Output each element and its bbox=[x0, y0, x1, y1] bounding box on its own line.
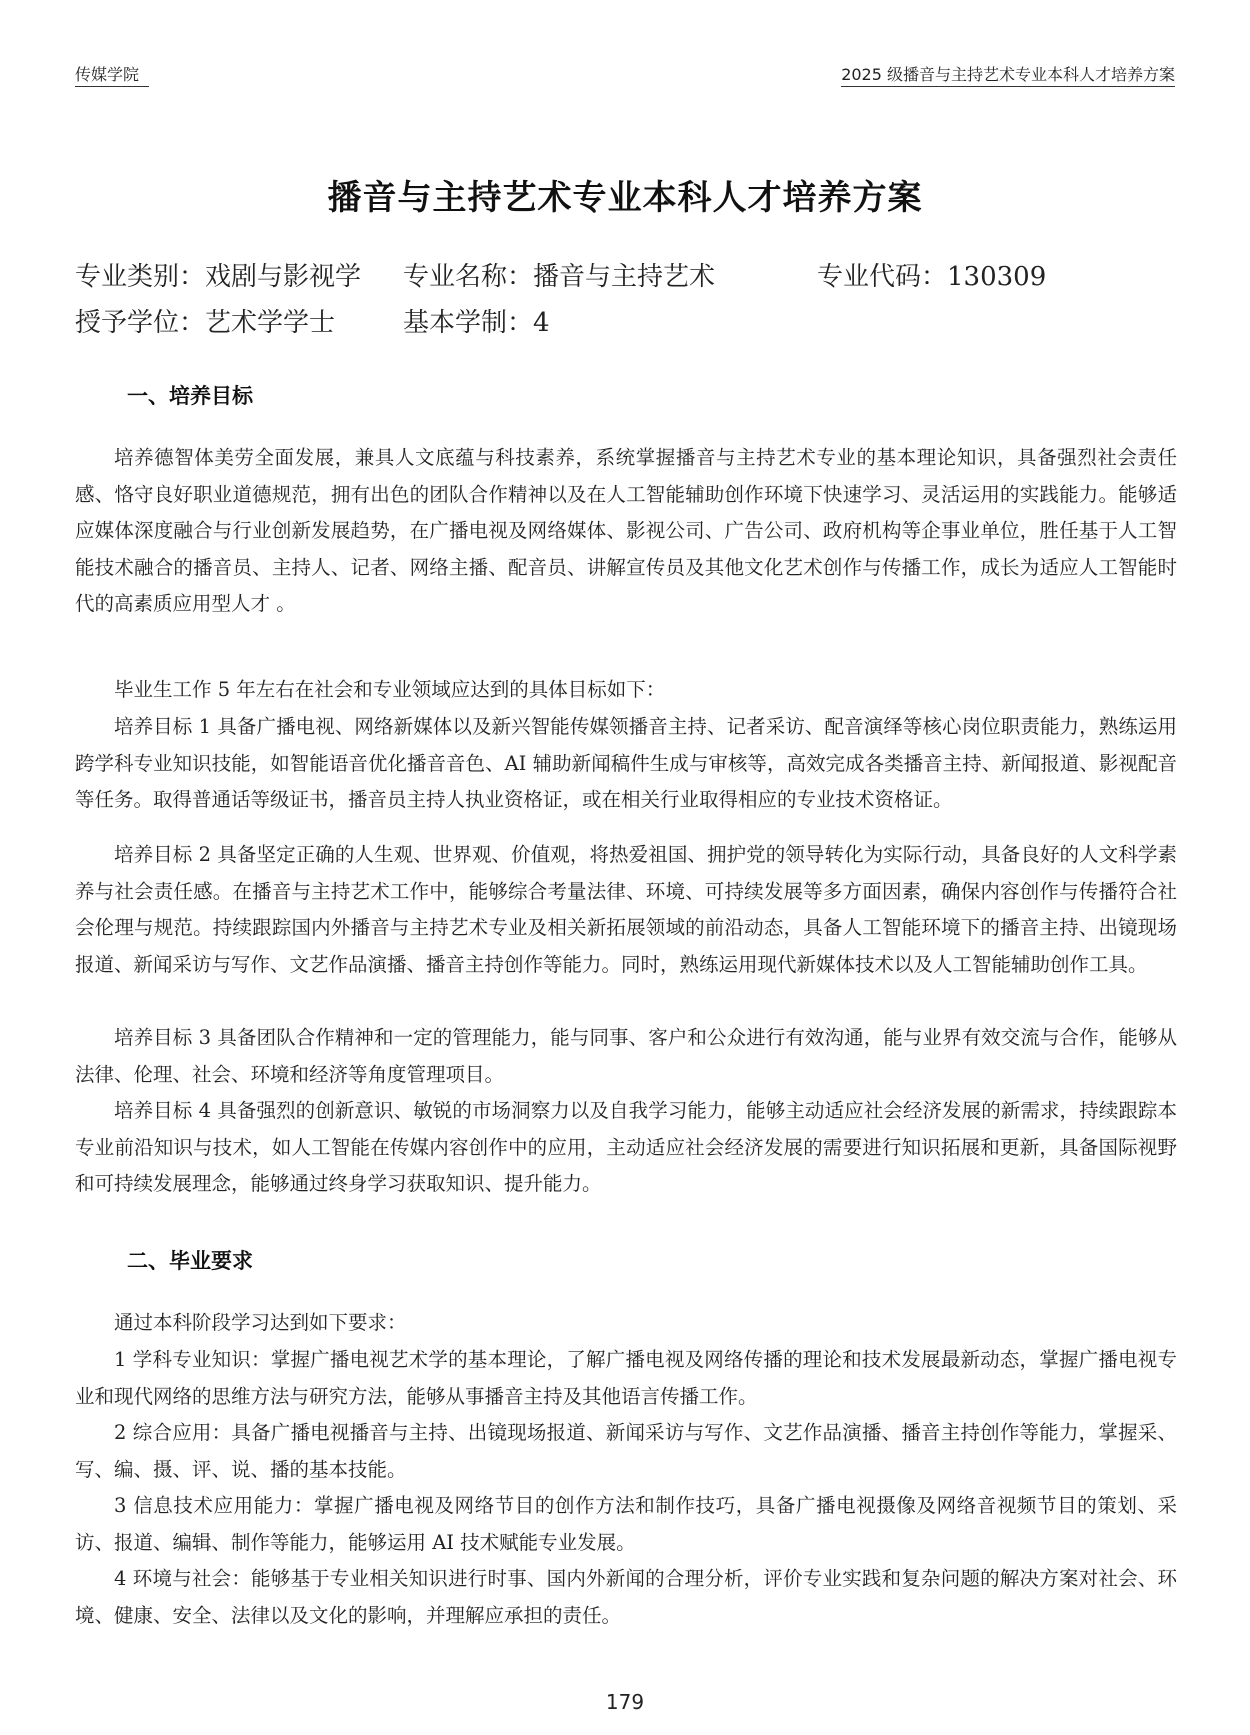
requirement-4-paragraph: 4 环境与社会：能够基于专业相关知识进行时事、国内外新闻的合理分析，评价专业实践… bbox=[75, 1561, 1177, 1634]
section-heading-objectives: 一、培养目标 bbox=[127, 380, 253, 410]
requirement-2-paragraph: 2 综合应用：具备广播电视播音与主持、出镜现场报道、新闻采访与写作、文艺作品演播… bbox=[75, 1415, 1177, 1488]
page-header: 传媒学院 2025 级播音与主持艺术专业本科人才培养方案 bbox=[75, 62, 1175, 90]
objective-4-paragraph: 培养目标 4 具备强烈的创新意识、敏锐的市场洞察力以及自我学习能力，能够主动适应… bbox=[75, 1093, 1177, 1203]
requirement-3-paragraph: 3 信息技术应用能力：掌握广播电视及网络节目的创作方法和制作技巧，具备广播电视摄… bbox=[75, 1488, 1177, 1561]
section-heading-requirements: 二、毕业要求 bbox=[127, 1245, 253, 1275]
major-code: 专业代码：130309 bbox=[817, 256, 1046, 293]
page-number: 179 bbox=[0, 1690, 1250, 1714]
header-document-title: 2025 级播音与主持艺术专业本科人才培养方案 bbox=[841, 62, 1175, 87]
objective-1-paragraph: 培养目标 1 具备广播电视、网络新媒体以及新兴智能传媒领播音主持、记者采访、配音… bbox=[75, 709, 1177, 819]
major-name: 专业名称：播音与主持艺术 bbox=[403, 256, 715, 293]
header-department: 传媒学院 bbox=[75, 62, 149, 87]
requirements-intro-paragraph: 通过本科阶段学习达到如下要求： bbox=[75, 1305, 1177, 1342]
objectives-intro-paragraph: 毕业生工作 5 年左右在社会和专业领域应达到的具体目标如下： bbox=[75, 672, 1177, 709]
objectives-overview-paragraph: 培养德智体美劳全面发展，兼具人文底蕴与科技素养，系统掌握播音与主持艺术专业的基本… bbox=[75, 440, 1177, 623]
study-duration: 基本学制：4 bbox=[403, 302, 550, 339]
major-category: 专业类别：戏剧与影视学 bbox=[75, 256, 361, 293]
requirement-1-paragraph: 1 学科专业知识：掌握广播电视艺术学的基本理论，了解广播电视及网络传播的理论和技… bbox=[75, 1342, 1177, 1415]
objective-2-paragraph: 培养目标 2 具备坚定正确的人生观、世界观、价值观，将热爱祖国、拥护党的领导转化… bbox=[75, 837, 1177, 983]
document-title: 播音与主持艺术专业本科人才培养方案 bbox=[0, 170, 1250, 219]
objective-3-paragraph: 培养目标 3 具备团队合作精神和一定的管理能力，能与同事、客户和公众进行有效沟通… bbox=[75, 1020, 1177, 1093]
degree-awarded: 授予学位：艺术学学士 bbox=[75, 302, 335, 339]
